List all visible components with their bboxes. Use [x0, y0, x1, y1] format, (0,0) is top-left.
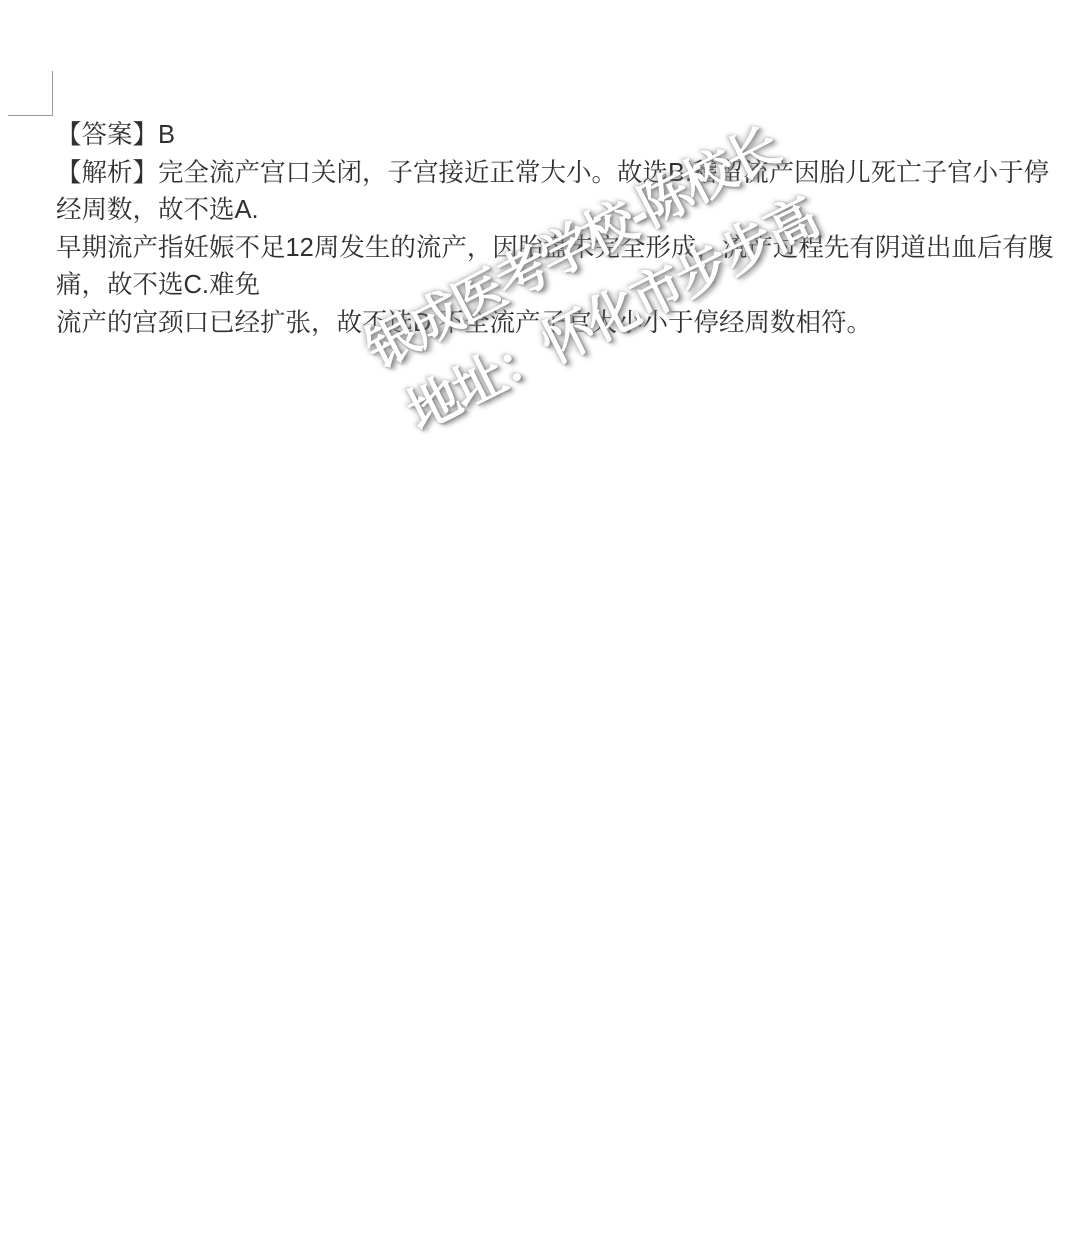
document-page: 【答案】B 【解析】完全流产宫口关闭，子宫接近正常大小。故选B.稽留流产因胎儿死…	[0, 0, 1080, 1245]
explanation-line-5: 流产的宫颈口已经扩张，故不选D.不全流产子宫大小小于停经周数相符。	[56, 305, 1046, 343]
answer-line: 【答案】B	[56, 117, 1046, 155]
explanation-line-4: 痛，故不选C.难免	[56, 267, 1046, 305]
explanation-line-1: 【解析】完全流产宫口关闭，子宫接近正常大小。故选B.稽留流产因胎儿死亡子官小于停	[56, 155, 1046, 193]
explanation-line-2: 经周数，故不选A.	[56, 192, 1046, 230]
page-margin-corner-mark	[8, 71, 53, 116]
explanation-line-3: 早期流产指妊娠不足12周发生的流产，因胎盘未完全形成，流产过程先有阴道出血后有腹	[56, 230, 1046, 268]
answer-explanation-block: 【答案】B 【解析】完全流产宫口关闭，子宫接近正常大小。故选B.稽留流产因胎儿死…	[56, 117, 1046, 343]
